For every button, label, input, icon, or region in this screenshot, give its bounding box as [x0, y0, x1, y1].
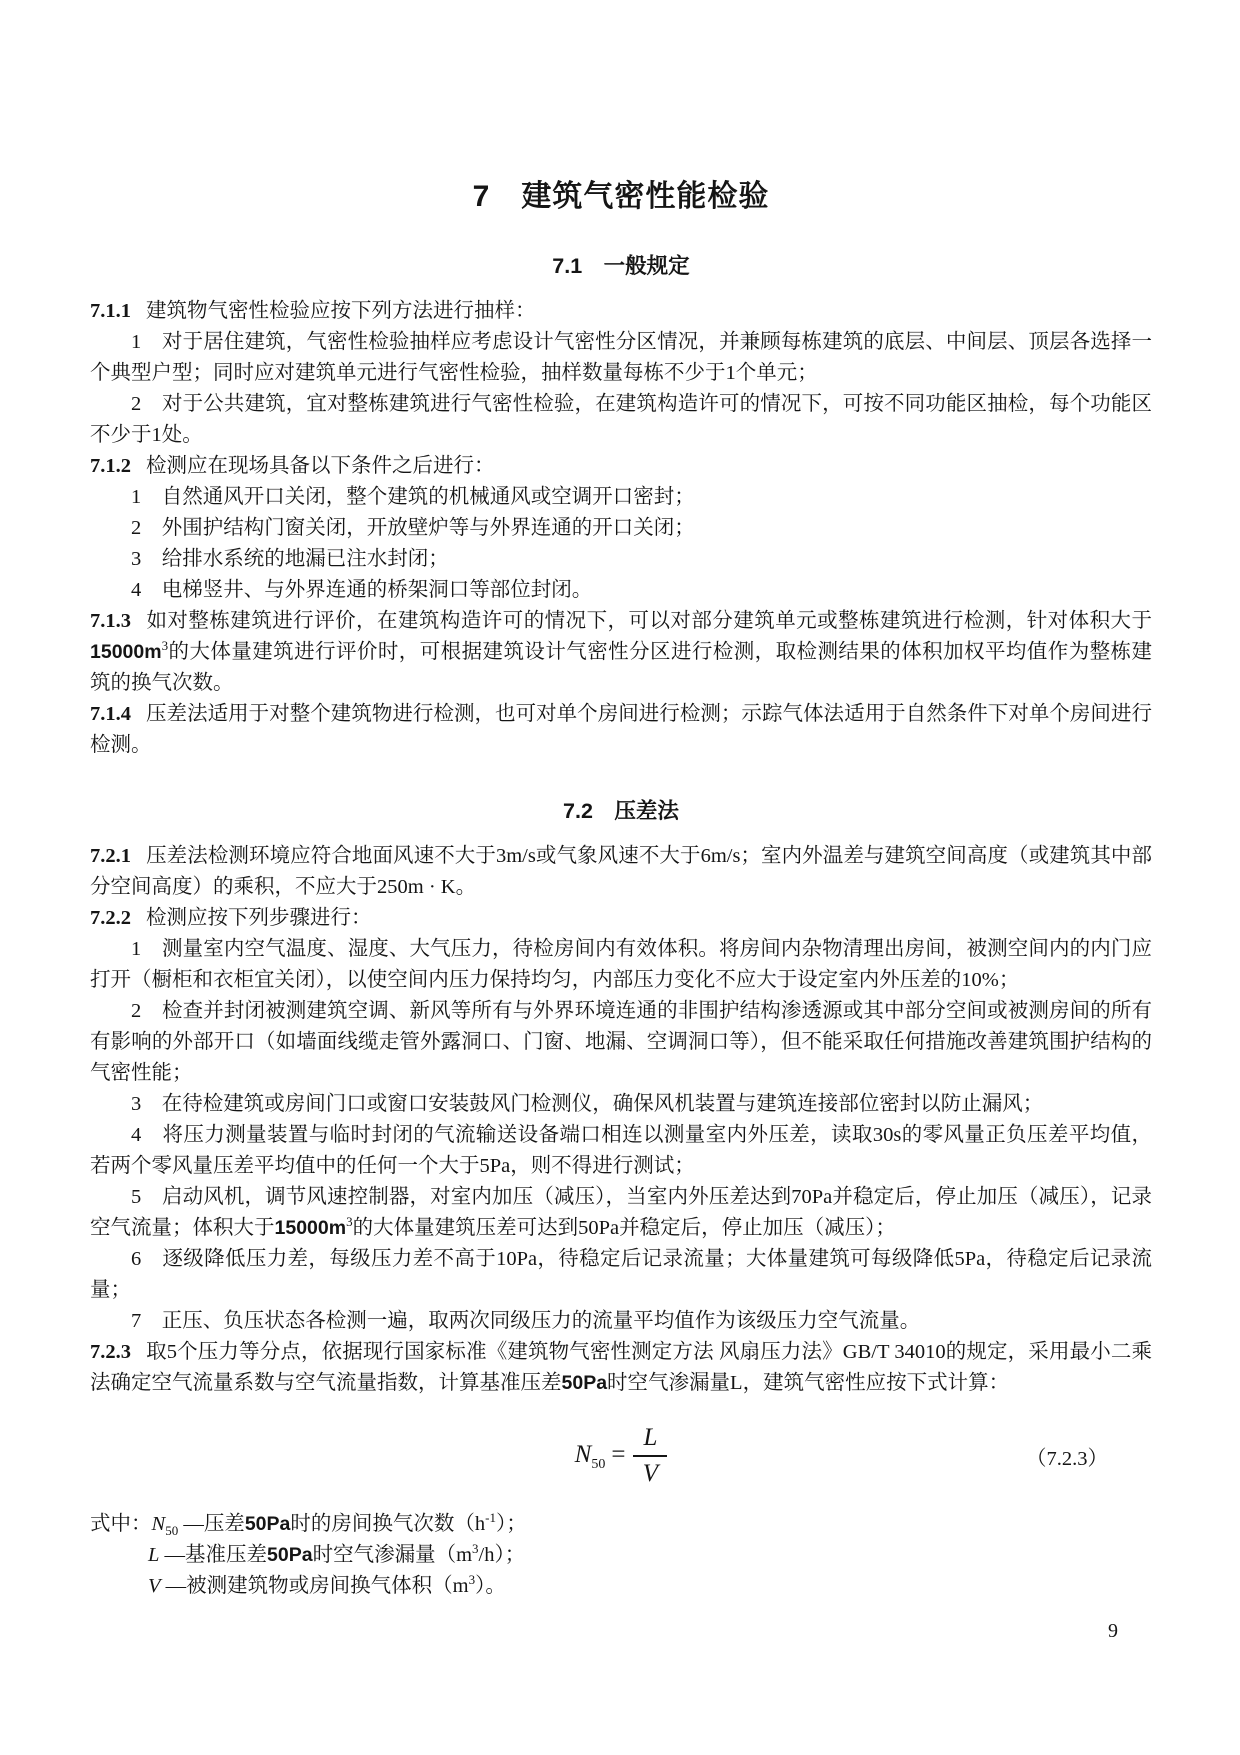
list-item: 1 对于居住建筑，气密性检验抽样应考虑设计气密性分区情况，并兼顾每栋建筑的底层、…: [90, 327, 1152, 389]
text-run: 7.2 压差法: [563, 799, 679, 823]
text-run: 检测应按下列步骤进行：: [146, 907, 372, 929]
text-run: 2 对于公共建筑，宜对整栋建筑进行气密性检验，在建筑构造许可的情况下，可按不同功…: [90, 393, 1152, 446]
text-run: 50: [165, 1523, 178, 1538]
document-page: 7 建筑气密性能检验7.1 一般规定7.1.1建筑物气密性检验应按下列方法进行抽…: [0, 0, 1240, 1755]
list-item: 4 电梯竖井、与外界连通的桥架洞口等部位封闭。: [90, 575, 1152, 606]
clause-number: 7.1.2: [90, 455, 131, 477]
list-item: 2 检查并封闭被测建筑空调、新风等所有与外界环境连通的非围护结构渗透源或其中部分…: [90, 996, 1152, 1089]
text-run: —压差: [178, 1513, 245, 1535]
clause-number: 7.2.3: [90, 1341, 131, 1363]
text-run: ）；: [496, 1513, 527, 1535]
list-item: 5 启动风机，调节风速控制器，对室内加压（减压），当室内外压差达到70Pa并稳定…: [90, 1182, 1152, 1244]
clause-number: 7.1.4: [90, 703, 131, 725]
clause-number: 7.1.1: [90, 300, 131, 322]
text-run: —基准压差: [159, 1544, 267, 1566]
clause-paragraph: 7.2.1压差法检测环境应符合地面风速不大于3m/s或气象风速不大于6m/s；室…: [90, 841, 1152, 903]
formula-block: N50=LV（7.2.3）: [90, 1413, 1152, 1499]
formula-note: L —基准压差50Pa时空气渗漏量（m3/h）；: [90, 1540, 1152, 1571]
text-run: 50Pa: [562, 1372, 608, 1394]
text-run: 1 对于居住建筑，气密性检验抽样应考虑设计气密性分区情况，并兼顾每栋建筑的底层、…: [90, 331, 1152, 384]
text-run: N: [152, 1513, 166, 1535]
text-run: —被测建筑物或房间换气体积（m: [161, 1575, 469, 1597]
text-run: -1: [485, 1510, 496, 1525]
text-run: 1 自然通风开口关闭，整个建筑的机械通风或空调开口密封；: [131, 486, 695, 508]
page-number: 9: [1108, 1620, 1118, 1643]
clause-number: 7.1.3: [90, 610, 131, 632]
list-item: 3 在待检建筑或房间门口或窗口安装鼓风门检测仪，确保风机装置与建筑连接部位密封以…: [90, 1089, 1152, 1120]
section-title: 7.1 一般规定: [90, 253, 1152, 280]
list-item: 3 给排水系统的地漏已注水封闭；: [90, 544, 1152, 575]
clause-paragraph: 7.2.2检测应按下列步骤进行：: [90, 903, 1152, 934]
text-run: 4 将压力测量装置与临时封闭的气流输送设备端口相连以测量室内外压差，读取30s的…: [90, 1124, 1152, 1177]
clause-paragraph: 7.1.1建筑物气密性检验应按下列方法进行抽样：: [90, 296, 1152, 327]
formula-note: 式中：N50 —压差50Pa时的房间换气次数（h-1）；: [90, 1509, 1152, 1540]
text-run: 检测应在现场具备以下条件之后进行：: [146, 455, 495, 477]
text-run: 的大体量建筑进行评价时，可根据建筑设计气密性分区进行检测，取检测结果的体积加权平…: [90, 641, 1152, 694]
text-run: 如对整栋建筑进行评价，在建筑构造许可的情况下，可以对部分建筑单元或整栋建筑进行检…: [146, 610, 1152, 632]
list-item: 6 逐级降低压力差，每级压力差不高于10Pa，待稳定后记录流量；大体量建筑可每级…: [90, 1244, 1152, 1306]
text-run: 7.1 一般规定: [552, 254, 689, 278]
text-run: 压差法适用于对整个建筑物进行检测，也可对单个房间进行检测；示踪气体法适用于自然条…: [90, 703, 1152, 756]
text-run: ）。: [475, 1575, 506, 1597]
equation: N50=LV: [575, 1424, 668, 1488]
text-run: 的大体量建筑压差可达到50Pa并稳定后，停止加压（减压）；: [353, 1217, 896, 1239]
text-run: 建筑物气密性检验应按下列方法进行抽样：: [146, 300, 536, 322]
text-run: 2 外围护结构门窗关闭，开放壁炉等与外界连通的开口关闭；: [131, 517, 695, 539]
text-run: 时空气渗漏量L，建筑气密性应按下式计算：: [607, 1372, 1009, 1394]
text-run: 7 正压、负压状态各检测一遍，取两次同级压力的流量平均值作为该级压力空气流量。: [131, 1310, 920, 1332]
text-run: 3 在待检建筑或房间门口或窗口安装鼓风门检测仪，确保风机装置与建筑连接部位密封以…: [131, 1093, 1043, 1115]
clause-paragraph: 7.1.3如对整栋建筑进行评价，在建筑构造许可的情况下，可以对部分建筑单元或整栋…: [90, 606, 1152, 699]
clause-paragraph: 7.1.4压差法适用于对整个建筑物进行检测，也可对单个房间进行检测；示踪气体法适…: [90, 699, 1152, 761]
text-run: 式中：: [90, 1513, 152, 1535]
text-run: 压差法检测环境应符合地面风速不大于3m/s或气象风速不大于6m/s；室内外温差与…: [90, 845, 1152, 898]
text-run: V: [148, 1575, 161, 1597]
text-run: 时空气渗漏量（m: [313, 1544, 472, 1566]
text-run: 2 检查并封闭被测建筑空调、新风等所有与外界环境连通的非围护结构渗透源或其中部分…: [90, 1000, 1152, 1084]
list-item: 1 测量室内空气温度、湿度、大气压力，待检房间内有效体积。将房间内杂物清理出房间…: [90, 934, 1152, 996]
text-run: 50Pa: [245, 1513, 291, 1535]
text-run: 50Pa: [267, 1544, 313, 1566]
list-item: 2 外围护结构门窗关闭，开放壁炉等与外界连通的开口关闭；: [90, 513, 1152, 544]
text-run: 15000m: [275, 1217, 347, 1239]
list-item: 4 将压力测量装置与临时封闭的气流输送设备端口相连以测量室内外压差，读取30s的…: [90, 1120, 1152, 1182]
equation-number: （7.2.3）: [1026, 1441, 1108, 1471]
chapter-title: 7 建筑气密性能检验: [90, 178, 1152, 216]
list-item: 1 自然通风开口关闭，整个建筑的机械通风或空调开口密封；: [90, 482, 1152, 513]
clause-number: 7.2.1: [90, 845, 131, 867]
clause-paragraph: 7.2.3取5个压力等分点，依据现行国家标准《建筑物气密性测定方法 风扇压力法》…: [90, 1337, 1152, 1399]
list-item: 7 正压、负压状态各检测一遍，取两次同级压力的流量平均值作为该级压力空气流量。: [90, 1306, 1152, 1337]
text-run: 6 逐级降低压力差，每级压力差不高于10Pa，待稳定后记录流量；大体量建筑可每级…: [90, 1248, 1152, 1301]
text-run: 15000m: [90, 641, 162, 663]
document-body: 7 建筑气密性能检验7.1 一般规定7.1.1建筑物气密性检验应按下列方法进行抽…: [90, 178, 1152, 1602]
formula-note: V —被测建筑物或房间换气体积（m3）。: [90, 1571, 1152, 1602]
text-run: 1 测量室内空气温度、湿度、大气压力，待检房间内有效体积。将房间内杂物清理出房间…: [90, 938, 1152, 991]
section-title: 7.2 压差法: [90, 798, 1152, 825]
clause-number: 7.2.2: [90, 907, 131, 929]
text-run: /h）；: [479, 1544, 526, 1566]
text-run: 3 给排水系统的地漏已注水封闭；: [131, 548, 449, 570]
text-run: L: [148, 1544, 159, 1566]
text-run: 7 建筑气密性能检验: [473, 180, 770, 213]
list-item: 2 对于公共建筑，宜对整栋建筑进行气密性检验，在建筑构造许可的情况下，可按不同功…: [90, 389, 1152, 451]
text-run: 4 电梯竖井、与外界连通的桥架洞口等部位封闭。: [131, 579, 592, 601]
clause-paragraph: 7.1.2检测应在现场具备以下条件之后进行：: [90, 451, 1152, 482]
text-run: 时的房间换气次数（h: [290, 1513, 485, 1535]
